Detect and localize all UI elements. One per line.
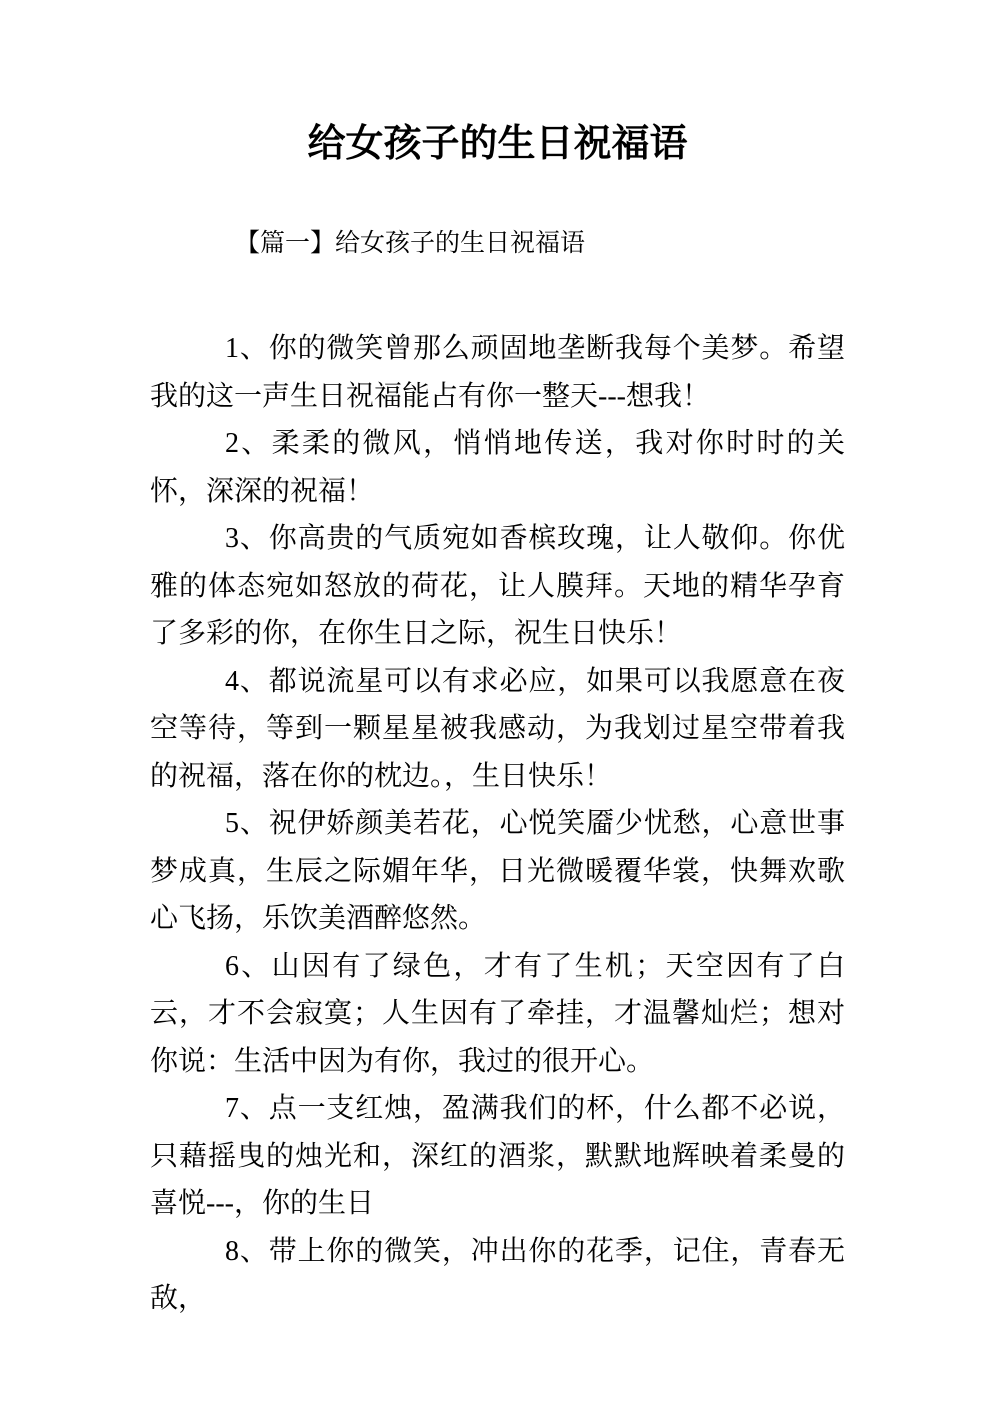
document-page: 给女孩子的生日祝福语 【篇一】给女孩子的生日祝福语 1、你的微笑曾那么顽固地垄断…: [0, 0, 993, 1404]
paragraph: 6、山因有了绿色，才有了生机；天空因有了白云，才不会寂寞；人生因有了牵挂，才温馨…: [150, 943, 845, 1086]
section-heading: 【篇一】给女孩子的生日祝福语: [150, 229, 845, 259]
document-title: 给女孩子的生日祝福语: [150, 123, 845, 165]
paragraph: 1、你的微笑曾那么顽固地垄断我每个美梦。希望我的这一声生日祝福能占有你一整天--…: [150, 325, 845, 420]
paragraph: 2、柔柔的微风，悄悄地传送，我对你时时的关怀，深深的祝福！: [150, 420, 845, 515]
paragraph: 5、祝伊娇颜美若花，心悦笑靥少忧愁，心意世事梦成真，生辰之际媚年华，日光微暖覆华…: [150, 800, 845, 943]
document-body: 1、你的微笑曾那么顽固地垄断我每个美梦。希望我的这一声生日祝福能占有你一整天--…: [150, 325, 845, 1323]
paragraph: 4、都说流星可以有求必应，如果可以我愿意在夜空等待，等到一颗星星被我感动，为我划…: [150, 658, 845, 801]
paragraph: 3、你高贵的气质宛如香槟玫瑰，让人敬仰。你优雅的体态宛如怒放的荷花，让人膜拜。天…: [150, 515, 845, 658]
paragraph: 8、带上你的微笑，冲出你的花季，记住，青春无敌，: [150, 1228, 845, 1323]
paragraph: 7、点一支红烛，盈满我们的杯，什么都不必说，只藉摇曳的烛光和，深红的酒浆，默默地…: [150, 1085, 845, 1228]
